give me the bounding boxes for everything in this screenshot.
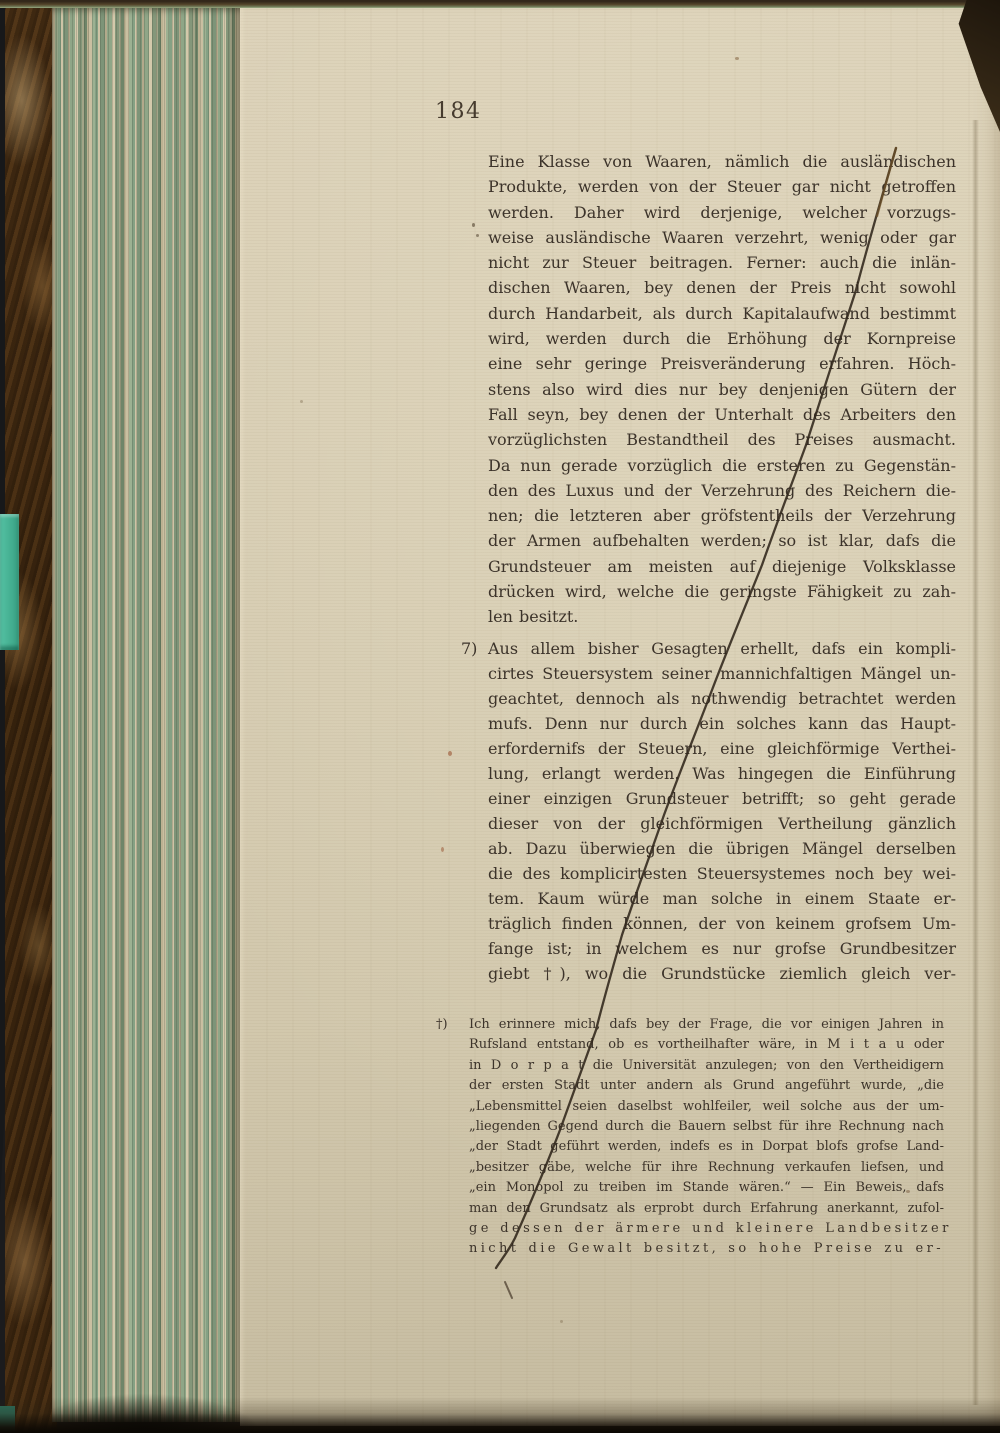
book-page: 184 Eine Klasse von Waaren, nämlich die … xyxy=(240,5,1000,1426)
paper-speck xyxy=(476,234,479,237)
text-line: weise ausländische Waaren verzehrt, weni… xyxy=(488,225,956,250)
text-line: mufs. Denn nur durch ein solches kann da… xyxy=(488,711,956,736)
paragraph-7-marker: 7) xyxy=(461,636,477,661)
text-line: cirtes Steuersystem seiner mannichfaltig… xyxy=(488,661,956,686)
text-line: „besitzer gäbe, welche für ihre Rechnung… xyxy=(469,1158,944,1178)
text-line: ge dessen der ärmere und kleinere Landbe… xyxy=(469,1219,944,1239)
text-line: „der Stadt geführt werden, indefs es in … xyxy=(469,1137,944,1157)
footnote: Ich erinnere mich, dafs bey der Frage, d… xyxy=(469,1015,944,1260)
text-line: eine sehr geringe Preisveränderung erfah… xyxy=(488,351,956,376)
text-line: der ersten Stadt unter andern als Grund … xyxy=(469,1076,944,1096)
text-line: nicht die Gewalt besitzt, so hohe Preise… xyxy=(469,1239,944,1259)
paper-speck xyxy=(441,847,444,852)
text-line: Da nun gerade vorzüglich die ersteren zu… xyxy=(488,453,956,478)
text-line: man den Grundsatz als erprobt durch Erfa… xyxy=(469,1199,944,1219)
paper-speck xyxy=(735,57,739,60)
turquoise-bookmark-ribbon xyxy=(0,514,19,650)
text-line: die des komplicirtesten Steuersystemes n… xyxy=(488,861,956,886)
paper-speck xyxy=(906,1190,910,1193)
paper-speck xyxy=(560,1320,563,1323)
page-number: 184 xyxy=(435,99,482,124)
text-line: Aus allem bisher Gesagten erhellt, dafs … xyxy=(488,636,956,661)
text-line: Fall seyn, bey denen der Unterhalt des A… xyxy=(488,402,956,427)
text-line: Grundsteuer am meisten auf diejenige Vol… xyxy=(488,554,956,579)
text-line: geachtet, dennoch als nothwendig betrach… xyxy=(488,686,956,711)
text-line: in D o r p a t die Universität anzulegen… xyxy=(469,1056,944,1076)
text-line: durch Handarbeit, als durch Kapitalaufwa… xyxy=(488,301,956,326)
text-line: einer einzigen Grundsteuer betrifft; so … xyxy=(488,786,956,811)
text-line: wird, werden durch die Erhöhung der Korn… xyxy=(488,326,956,351)
text-line: stens also wird dies nur bey denjenigen … xyxy=(488,377,956,402)
text-line: Rufsland entstand, ob es vortheilhafter … xyxy=(469,1035,944,1055)
text-line: len besitzt. xyxy=(488,604,956,629)
text-line: „ein Monopol zu treiben im Stande wären.… xyxy=(469,1178,944,1198)
text-line: nicht zur Steuer beitragen. Ferner: auch… xyxy=(488,250,956,275)
text-line: dischen Waaren, bey denen der Preis nich… xyxy=(488,275,956,300)
text-line: träglich finden können, der von keinem g… xyxy=(488,911,956,936)
text-line: drücken wird, welche die geringste Fähig… xyxy=(488,579,956,604)
paper-speck xyxy=(448,751,452,756)
text-line: vorzüglichsten Bestandtheil des Preises … xyxy=(488,427,956,452)
paragraph-7: Aus allem bisher Gesagten erhellt, dafs … xyxy=(488,636,956,986)
text-line: der Armen aufbehalten werden; so ist kla… xyxy=(488,528,956,553)
book-cover-leather xyxy=(5,0,57,1433)
book-top-edge xyxy=(0,0,1000,8)
text-line: Eine Klasse von Waaren, nämlich die ausl… xyxy=(488,149,956,174)
text-line: tem. Kaum würde man solche in einem Staa… xyxy=(488,886,956,911)
text-line: erfordernifs der Steuern, eine gleichför… xyxy=(488,736,956,761)
paper-speck xyxy=(472,223,475,227)
text-line: nen; die letzteren aber gröfstentheils d… xyxy=(488,503,956,528)
bottom-left-shadow xyxy=(22,1378,292,1433)
text-line: ab. Dazu überwiegen die übrigen Mängel d… xyxy=(488,836,956,861)
body-paragraph-continued: Eine Klasse von Waaren, nämlich die ausl… xyxy=(488,149,956,630)
text-line: „liegenden Gegend durch die Bauern selbs… xyxy=(469,1117,944,1137)
text-line: Ich erinnere mich, dafs bey der Frage, d… xyxy=(469,1015,944,1035)
text-line: lung, erlangt werden. Was hingegen die E… xyxy=(488,761,956,786)
footnote-dagger-marker: †) xyxy=(436,1015,448,1035)
page-crease xyxy=(972,120,979,1405)
text-line: fange ist; in welchem es nur grofse Grun… xyxy=(488,936,956,961)
page-edge-stack xyxy=(52,6,244,1422)
book-scan: 184 Eine Klasse von Waaren, nämlich die … xyxy=(0,0,1000,1433)
text-line: werden. Daher wird derjenige, welcher vo… xyxy=(488,200,956,225)
text-line: Produkte, werden von der Steuer gar nich… xyxy=(488,174,956,199)
text-line: „Lebensmittel seien daselbst wohlfeiler,… xyxy=(469,1097,944,1117)
text-line: giebt †), wo die Grundstücke ziemlich gl… xyxy=(488,961,956,986)
text-line: dieser von der gleichförmigen Vertheilun… xyxy=(488,811,956,836)
text-line: den des Luxus und der Verzehrung des Rei… xyxy=(488,478,956,503)
paper-speck xyxy=(300,400,303,403)
